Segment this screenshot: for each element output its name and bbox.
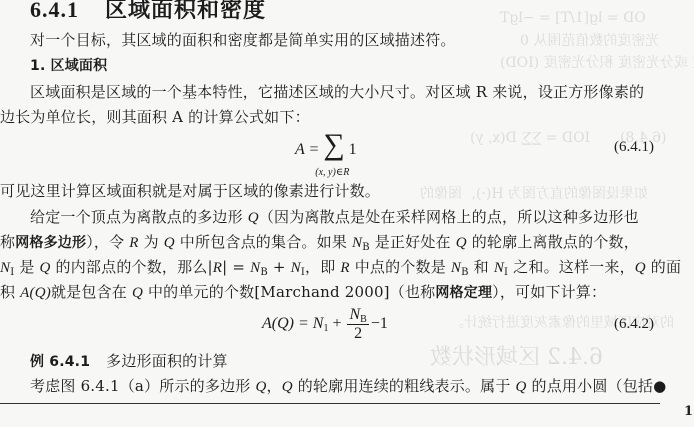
example-label: 例 6.4.1 (30, 354, 90, 370)
equation-number: (6.4.1) (614, 139, 654, 156)
page-number-fragment: 1 (684, 404, 693, 419)
intro-paragraph: 对一个目标，其区域的面积和密度都是简单实用的区域描述符。 (30, 30, 456, 50)
document-page: OD = lg[1/T] = −lgT 光密度的数值范围从 0 而对 3 使 或… (0, 0, 694, 427)
paragraph-line: 考虑图 6.4.1（a）所示的多边形 Q，Q 的轮廓用连续的粗线表示。属于 Q … (30, 376, 666, 397)
paragraph-line: NI 是 Q 的内部点的个数，那么|R| = NB + NI，即 R 中点的个数… (0, 257, 681, 278)
bleed-through-text: 光密度的数值范围从 0 (520, 30, 659, 50)
section-number: 6.4.1 (30, 0, 79, 22)
paragraph-line: 积 A(Q)就是包含在 Q 中的单元的个数[Marchand 2000]（也称网… (0, 282, 606, 303)
paragraph-line: 给定一个顶点为离散点的多边形 Q（因为离散点是处在采样网格上的点，所以这种多边形… (30, 207, 639, 228)
equation-lhs: A = (295, 141, 319, 158)
equation-6-4-2: A(Q) = N1 + NB 2 −1 (262, 306, 388, 343)
term-grid-polygon: 网格多边形 (15, 235, 86, 251)
bleed-through-text: 而对 3 使 或分光密度 积分光密度 (IOD) (500, 52, 694, 72)
paragraph-line: 边长为单位长，则其面积 A 的计算公式如下： (0, 107, 310, 127)
term-grid-theorem: 网格定理 (435, 285, 492, 301)
equation-number: (6.4.2) (614, 316, 654, 333)
paragraph-line: 称网格多边形），令 R 为 Q 中所包含点的集合。如果 NB 是正好处在 Q 的… (0, 232, 639, 253)
equation-6-4-1: A = ∑(x, y)∈R 1 (295, 130, 357, 160)
paragraph-line: 区域面积是区域的一个基本特性，它描述区域的大小尺寸。对区域 R 来说，设正方形像… (30, 82, 644, 102)
bleed-through-text: 如果设图像的直方图为 H(·)，图像的 (420, 183, 648, 203)
bleed-through-text: IOD = ∑∑ D(x, y) (470, 130, 590, 146)
example-title: 多边形面积的计算 (106, 352, 228, 370)
footer-rule (0, 403, 660, 404)
subsection-heading: 1. 区域面积 (30, 56, 107, 76)
summation-symbol: ∑(x, y)∈R (323, 130, 344, 160)
paragraph-line: 可见这里计算区域面积就是对属于区域的像素进行计数。 (0, 181, 380, 201)
bleed-through-text: 6.4.2 区域形状数 (430, 340, 603, 371)
fraction: NB 2 (347, 306, 368, 343)
bleed-through-text: OD = lg[1/T] = −lgT (500, 10, 646, 26)
equation-rhs: 1 (349, 141, 357, 158)
section-heading: 6.4.1区域面积和密度 (30, 0, 266, 24)
section-title: 区域面积和密度 (105, 0, 266, 22)
example-heading: 例 6.4.1多边形面积的计算 (30, 351, 228, 372)
